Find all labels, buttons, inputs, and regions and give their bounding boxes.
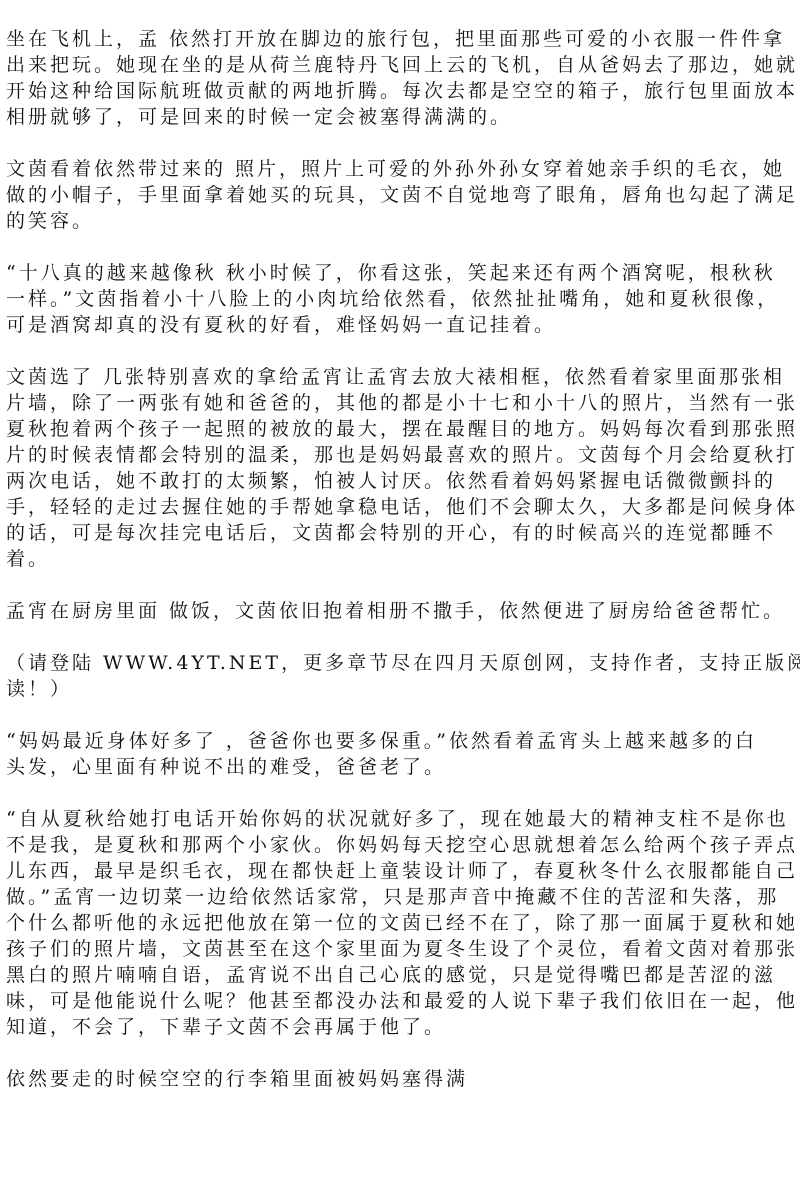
text-line: 孟宵在厨房里面 做饭，文茵依旧抱着相册不撒手，依然便进了厨房给爸爸帮忙。 [6, 598, 794, 624]
text-line: 着。 [6, 546, 794, 572]
paragraph-5: 孟宵在厨房里面 做饭，文茵依旧抱着相册不撒手，依然便进了厨房给爸爸帮忙。 [6, 598, 794, 624]
text-line: 两次电话，她不敢打的太频繁，怕被人讨厌。依然看着妈妈紧握电话微微颤抖的 [6, 468, 794, 494]
text-line: “自从夏秋给她打电话开始你妈的状况就好多了，现在她最大的精神支柱不是你也 [6, 806, 794, 832]
text-line: 文茵选了 几张特别喜欢的拿给孟宵让孟宵去放大裱相框，依然看着家里面那张相 [6, 364, 794, 390]
text-line: 孩子们的照片墙，文茵甚至在这个家里面为夏冬生设了个灵位，看着文茵对着那张 [6, 936, 794, 962]
text-line: 一样。”文茵指着小十八脸上的小肉坑给依然看，依然扯扯嘴角，她和夏秋很像， [6, 286, 794, 312]
text-line: 的话，可是每次挂完电话后，文茵都会特别的开心，有的时候高兴的连觉都睡不 [6, 520, 794, 546]
text-line: （请登陆 WWW.4YT.NET，更多章节尽在四月天原创网，支持作者，支持正版阅 [6, 650, 794, 676]
text-line: 手，轻轻的走过去握住她的手帮她拿稳电话，他们不会聊太久，大多都是问候身体 [6, 494, 794, 520]
text-line: 片墙，除了一两张有她和爸爸的，其他的都是小十七和小十八的照片，当然有一张 [6, 390, 794, 416]
text-line: 出来把玩。她现在坐的是从荷兰鹿特丹飞回上云的飞机，自从爸妈去了那边，她就 [6, 52, 794, 78]
text-line: 知道，不会了，下辈子文茵不会再属于他了。 [6, 1014, 794, 1040]
text-line: 夏秋抱着两个孩子一起照的被放的最大，摆在最醒目的地方。妈妈每次看到那张照 [6, 416, 794, 442]
text-line: 坐在飞机上，孟 依然打开放在脚边的旅行包，把里面那些可爱的小衣服一件件拿 [6, 26, 794, 52]
text-line: 儿东西，最早是织毛衣，现在都快赶上童装设计师了，春夏秋冬什么衣服都能自己 [6, 858, 794, 884]
document-page: 坐在飞机上，孟 依然打开放在脚边的旅行包，把里面那些可爱的小衣服一件件拿 出来把… [0, 0, 800, 1194]
text-line: “十八真的越来越像秋 秋小时候了，你看这张，笑起来还有两个酒窝呢，根秋秋 [6, 260, 794, 286]
text-line: 个什么都听他的永远把他放在第一位的文茵已经不在了，除了那一面属于夏秋和她 [6, 910, 794, 936]
paragraph-3: “十八真的越来越像秋 秋小时候了，你看这张，笑起来还有两个酒窝呢，根秋秋 一样。… [6, 260, 794, 338]
text-line: 味，可是他能说什么呢？他甚至都没办法和最爱的人说下辈子我们依旧在一起，他 [6, 988, 794, 1014]
text-line: 读！） [6, 676, 794, 702]
text-line: 头发，心里面有种说不出的难受，爸爸老了。 [6, 754, 794, 780]
text-line: 相册就够了，可是回来的时候一定会被塞得满满的。 [6, 104, 794, 130]
text-line: 不是我，是夏秋和那两个小家伙。你妈妈每天挖空心思就想着怎么给两个孩子弄点 [6, 832, 794, 858]
paragraph-6-notice: （请登陆 WWW.4YT.NET，更多章节尽在四月天原创网，支持作者，支持正版阅… [6, 650, 794, 702]
text-line: 黑白的照片喃喃自语，孟宵说不出自己心底的感觉，只是觉得嘴巴都是苦涩的滋 [6, 962, 794, 988]
text-line: 可是酒窝却真的没有夏秋的好看，难怪妈妈一直记挂着。 [6, 312, 794, 338]
text-line: 的笑容。 [6, 208, 794, 234]
paragraph-4: 文茵选了 几张特别喜欢的拿给孟宵让孟宵去放大裱相框，依然看着家里面那张相 片墙，… [6, 364, 794, 572]
text-line: 开始这种给国际航班做贡献的两地折腾。每次去都是空空的箱子，旅行包里面放本 [6, 78, 794, 104]
text-line: 做。”孟宵一边切菜一边给依然话家常，只是那声音中掩藏不住的苦涩和失落，那 [6, 884, 794, 910]
paragraph-7: “妈妈最近身体好多了 ，爸爸你也要多保重。”依然看着孟宵头上越来越多的白 头发，… [6, 728, 794, 780]
text-line: “妈妈最近身体好多了 ，爸爸你也要多保重。”依然看着孟宵头上越来越多的白 [6, 728, 794, 754]
text-line: 做的小帽子，手里面拿着她买的玩具，文茵不自觉地弯了眼角，唇角也勾起了满足 [6, 182, 794, 208]
text-line: 文茵看着依然带过来的 照片，照片上可爱的外孙外孙女穿着她亲手织的毛衣，她 [6, 156, 794, 182]
paragraph-1: 坐在飞机上，孟 依然打开放在脚边的旅行包，把里面那些可爱的小衣服一件件拿 出来把… [6, 26, 794, 130]
text-line: 片的时候表情都会特别的温柔，那也是妈妈最喜欢的照片。文茵每个月会给夏秋打 [6, 442, 794, 468]
text-line: 依然要走的时候空空的行李箱里面被妈妈塞得满 [6, 1066, 794, 1092]
paragraph-2: 文茵看着依然带过来的 照片，照片上可爱的外孙外孙女穿着她亲手织的毛衣，她 做的小… [6, 156, 794, 234]
paragraph-8: “自从夏秋给她打电话开始你妈的状况就好多了，现在她最大的精神支柱不是你也 不是我… [6, 806, 794, 1040]
paragraph-9: 依然要走的时候空空的行李箱里面被妈妈塞得满 [6, 1066, 794, 1092]
